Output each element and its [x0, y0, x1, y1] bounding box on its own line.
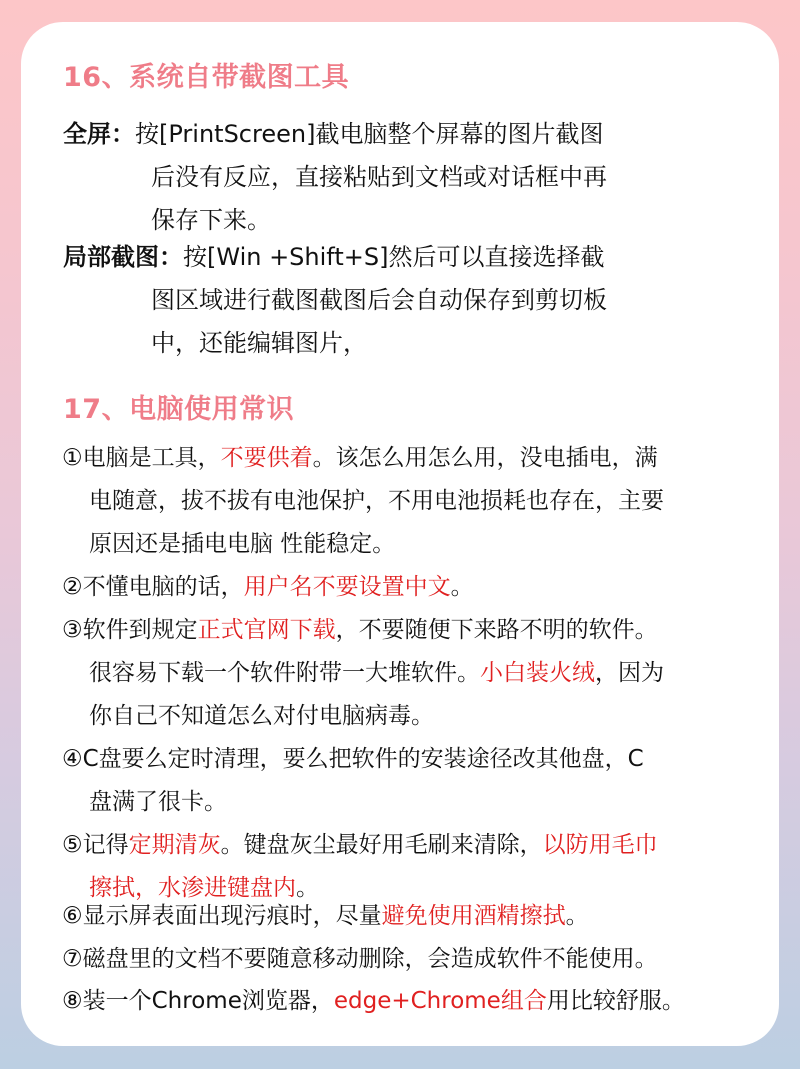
highlight-text: 用户名不要设置中文 — [244, 574, 451, 600]
list-item-2: ②不懂电脑的话，用户名不要设置中文。 — [62, 566, 474, 609]
item-marker: ⑤ — [62, 832, 83, 858]
list-item-8: ⑧装一个Chrome浏览器，edge+Chrome组合用比较舒服。 — [62, 980, 685, 1023]
list-item-1: ①电脑是工具，不要供着。该怎么用怎么用，没电插电，满 电随意，拔不拔有电池保护，… — [62, 437, 664, 566]
item-marker: ⑧ — [62, 988, 83, 1014]
partial-label: 局部截图： — [63, 243, 183, 271]
item-marker: ③ — [62, 617, 83, 643]
highlight-text: 小白装火绒 — [480, 660, 595, 686]
highlight-text: 正式官网下载 — [198, 617, 336, 643]
fullscreen-line-1: 按[PrintScreen]截电脑整个屏幕的图片截图 — [135, 120, 603, 148]
highlight-text: 定期清灰 — [129, 832, 221, 858]
highlight-text: 以防用毛巾 — [543, 832, 658, 858]
section-17-title: 17、电脑使用常识 — [63, 387, 294, 426]
highlight-text: edge+Chrome组合 — [334, 988, 547, 1014]
partial-line-1: 按[Win +Shift+S]然后可以直接选择截 — [183, 243, 604, 271]
item-marker: ⑦ — [62, 946, 83, 972]
partial-line-3: 中，还能编辑图片， — [63, 322, 607, 365]
list-item-6: ⑥显示屏表面出现污痕时，尽量避免使用酒精擦拭。 — [62, 895, 589, 938]
item-marker: ② — [62, 574, 83, 600]
highlight-text: 不要供着 — [221, 445, 313, 471]
content-card: 16、系统自带截图工具 全屏：按[PrintScreen]截电脑整个屏幕的图片截… — [21, 22, 779, 1046]
partial-paragraph: 局部截图：按[Win +Shift+S]然后可以直接选择截 图区域进行截图截图后… — [63, 236, 607, 365]
list-item-7: ⑦磁盘里的文档不要随意移动删除，会造成软件不能使用。 — [62, 938, 658, 981]
highlight-text: 避免使用酒精擦拭 — [382, 903, 566, 929]
item-marker: ① — [62, 445, 83, 471]
fullscreen-line-2: 后没有反应，直接粘贴到文档或对话框中再 — [63, 156, 607, 199]
fullscreen-label: 全屏： — [63, 120, 135, 148]
item-marker: ④ — [62, 746, 83, 772]
fullscreen-paragraph: 全屏：按[PrintScreen]截电脑整个屏幕的图片截图 后没有反应，直接粘贴… — [63, 113, 607, 242]
section-16-title: 16、系统自带截图工具 — [63, 55, 349, 94]
partial-line-2: 图区域进行截图截图后会自动保存到剪切板 — [63, 279, 607, 322]
list-item-3: ③软件到规定正式官网下载，不要随便下来路不明的软件。 很容易下载一个软件附带一大… — [62, 609, 664, 738]
list-item-4: ④C盘要么定时清理，要么把软件的安装途径改其他盘，C 盘满了很卡。 — [62, 738, 644, 824]
item-marker: ⑥ — [62, 903, 83, 929]
